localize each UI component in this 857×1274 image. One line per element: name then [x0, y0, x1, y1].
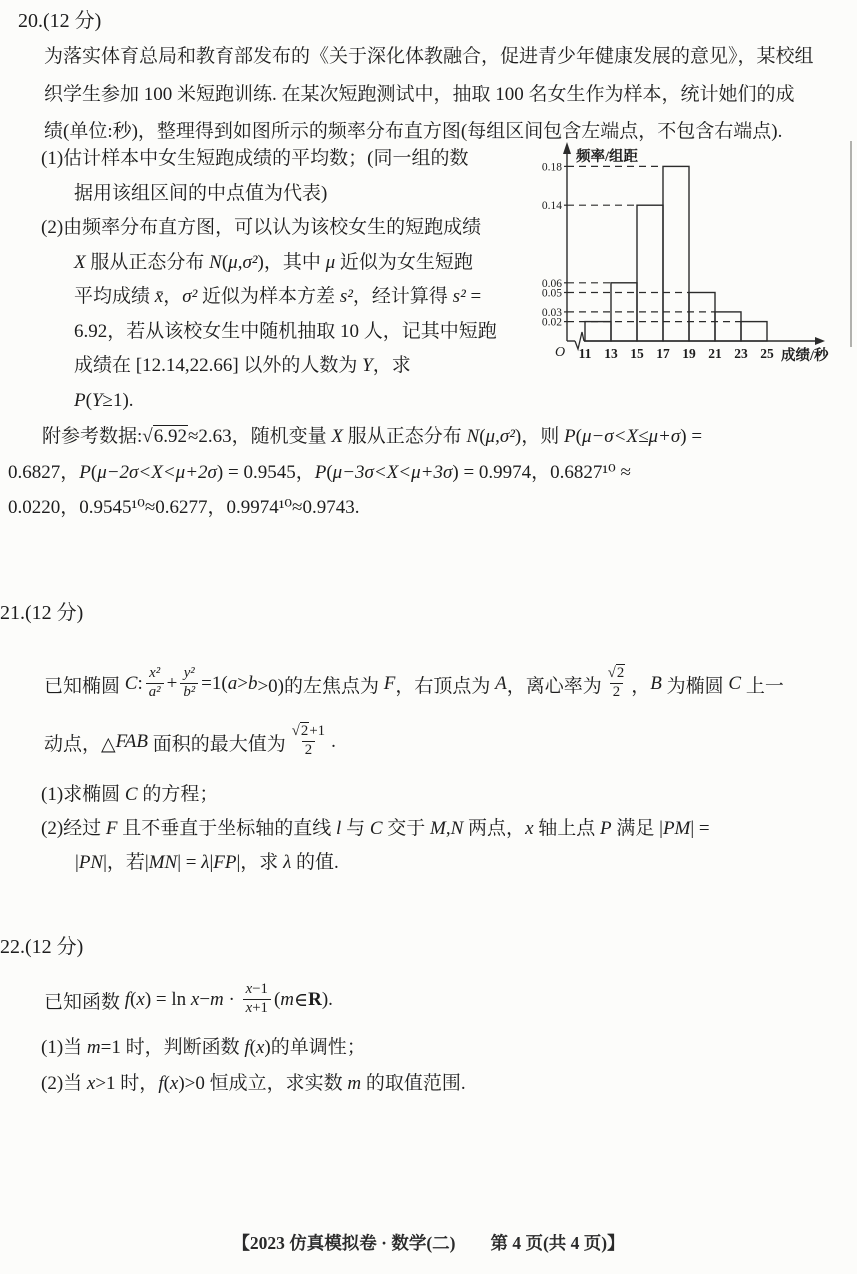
x-tick-label: 21 — [708, 346, 722, 361]
text-line: 已知椭圆 C:x²a²+y²b²=1(a>b>0)的左焦点为 F，右顶点为 A，… — [44, 662, 849, 706]
question-20-reference-data: 附参考数据:√6.92≈2.63，随机变量 X 服从正态分布 N(μ,σ²)，则… — [8, 419, 853, 526]
text-line: 0.6827，P(μ−2σ<X<μ+2σ) = 0.9545，P(μ−3σ<X<… — [8, 455, 853, 491]
histogram-bar — [741, 322, 767, 341]
text-line: (1)求椭圆 C 的方程； — [41, 778, 857, 812]
x-tick-label: 13 — [604, 346, 618, 361]
fraction: x²a² — [146, 665, 164, 701]
sqrt-expression: √2 — [292, 722, 310, 739]
question-20-parts: (1)估计样本中女生短跑成绩的平均数；(同一组的数据用该组区间的中点值为代表) … — [41, 142, 543, 418]
x-tick-label: 23 — [734, 346, 748, 361]
x-axis-label: 成绩/秒 — [781, 346, 829, 364]
sqrt-expression: √2 — [608, 664, 626, 681]
histogram-bar — [715, 312, 741, 341]
text-line: 已知函数 f(x) = ln x−m · x−1x+1(m∈R). — [44, 974, 849, 1026]
x-tick-label: 25 — [760, 346, 774, 361]
text-line: 成绩在 [12.14,22.66] 以外的人数为 Y，求 — [41, 349, 543, 384]
histogram-bar — [663, 166, 689, 341]
question-22-part2: (2)当 x>1 时，f(x)>0 恒成立，求实数 m 的取值范围. — [41, 1066, 857, 1102]
x-axis-arrow — [815, 337, 825, 345]
text-line: (2)当 x>1 时，f(x)>0 恒成立，求实数 m 的取值范围. — [41, 1066, 857, 1102]
histogram-bar — [689, 293, 715, 342]
fraction: √2+12 — [289, 723, 328, 759]
question-21-heading: 21.(12 分) — [0, 598, 857, 628]
text-line: (1)估计样本中女生短跑成绩的平均数；(同一组的数 — [41, 142, 543, 177]
question-21: 21.(12 分) 已知椭圆 C:x²a²+y²b²=1(a>b>0)的左焦点为… — [0, 598, 857, 880]
fraction: y²b² — [180, 665, 198, 701]
page-edge-artifact — [850, 141, 852, 347]
frequency-histogram: 0.020.030.050.060.140.181113151719212325… — [531, 136, 855, 388]
x-tick-label: 15 — [630, 346, 644, 361]
histogram-bar — [637, 205, 663, 341]
text-line: 平均成绩 x̄，σ² 近似为样本方差 s²，经计算得 s² = — [41, 280, 543, 315]
exam-page: 20.(12 分) 为落实体育总局和教育部发布的《关于深化体教融合，促进青少年健… — [0, 0, 857, 1274]
text-line: |PN|，若|MN| = λ|FP|，求 λ 的值. — [41, 846, 857, 880]
x-tick-label: 17 — [656, 346, 670, 361]
y-axis-arrow — [563, 142, 571, 154]
text-line: (2)由频率分布直方图，可以认为该校女生的短跑成绩 — [41, 211, 543, 246]
question-21-part2: (2)经过 F 且不垂直于坐标轴的直线 l 与 C 交于 M,N 两点，x 轴上… — [41, 812, 857, 880]
histogram-chart: 0.020.030.050.060.140.181113151719212325… — [531, 136, 855, 388]
text-line: 据用该组区间的中点值为代表) — [41, 177, 543, 212]
x-tick-label: 19 — [682, 346, 696, 361]
text-line: (2)经过 F 且不垂直于坐标轴的直线 l 与 C 交于 M,N 两点，x 轴上… — [41, 812, 857, 846]
y-axis-label: 频率/组距 — [576, 147, 639, 165]
question-22-heading: 22.(12 分) — [0, 932, 857, 962]
text-line: 织学生参加 100 米短跑训练. 在某次短跑测试中，抽取 100 名女生作为样本… — [44, 76, 849, 114]
text-line: (1)当 m=1 时，判断函数 f(x)的单调性； — [41, 1030, 857, 1066]
page-footer: 【2023 仿真模拟卷 · 数学(二) 第 4 页(共 4 页)】 — [0, 1230, 857, 1255]
question-22: 22.(12 分) 已知函数 f(x) = ln x−m · x−1x+1(m∈… — [0, 932, 857, 1102]
text-line: P(Y≥1). — [41, 384, 543, 419]
question-22-intro: 已知函数 f(x) = ln x−m · x−1x+1(m∈R). — [44, 974, 849, 1026]
x-tick-label: 11 — [579, 346, 592, 361]
y-tick-label: 0.03 — [542, 307, 562, 319]
question-20-part2: (2)由频率分布直方图，可以认为该校女生的短跑成绩X 服从正态分布 N(μ,σ²… — [41, 211, 543, 418]
text-line: 为落实体育总局和教育部发布的《关于深化体教融合，促进青少年健康发展的意见》，某校… — [44, 38, 849, 76]
text-line: 附参考数据:√6.92≈2.63，随机变量 X 服从正态分布 N(μ,σ²)，则… — [8, 419, 853, 455]
y-tick-label: 0.14 — [542, 200, 562, 212]
origin-label: O — [555, 345, 565, 360]
question-20-part1: (1)估计样本中女生短跑成绩的平均数；(同一组的数据用该组区间的中点值为代表) — [41, 142, 543, 211]
question-21-intro: 已知椭圆 C:x²a²+y²b²=1(a>b>0)的左焦点为 F，右顶点为 A，… — [44, 662, 849, 764]
y-tick-label: 0.06 — [542, 278, 562, 290]
text-line: X 服从正态分布 N(μ,σ²)，其中 μ 近似为女生短跑 — [41, 246, 543, 281]
sqrt-expression: √6.92 — [142, 425, 188, 447]
question-20-intro: 为落实体育总局和教育部发布的《关于深化体教融合，促进青少年健康发展的意见》，某校… — [44, 38, 849, 151]
question-21-part1: (1)求椭圆 C 的方程； — [41, 778, 857, 812]
text-line: 动点，△FAB 面积的最大值为√2+12. — [44, 720, 849, 764]
y-tick-label: 0.18 — [542, 161, 562, 173]
fraction: √22 — [605, 665, 629, 701]
question-20-heading: 20.(12 分) — [18, 6, 101, 36]
fraction: x−1x+1 — [243, 981, 271, 1017]
text-line: 0.0220，0.9545¹⁰≈0.6277，0.9974¹⁰≈0.9743. — [8, 490, 853, 526]
question-22-part1: (1)当 m=1 时，判断函数 f(x)的单调性； — [41, 1030, 857, 1066]
histogram-bar — [585, 322, 611, 341]
text-line: 6.92，若从该校女生中随机抽取 10 人，记其中短跑 — [41, 315, 543, 350]
